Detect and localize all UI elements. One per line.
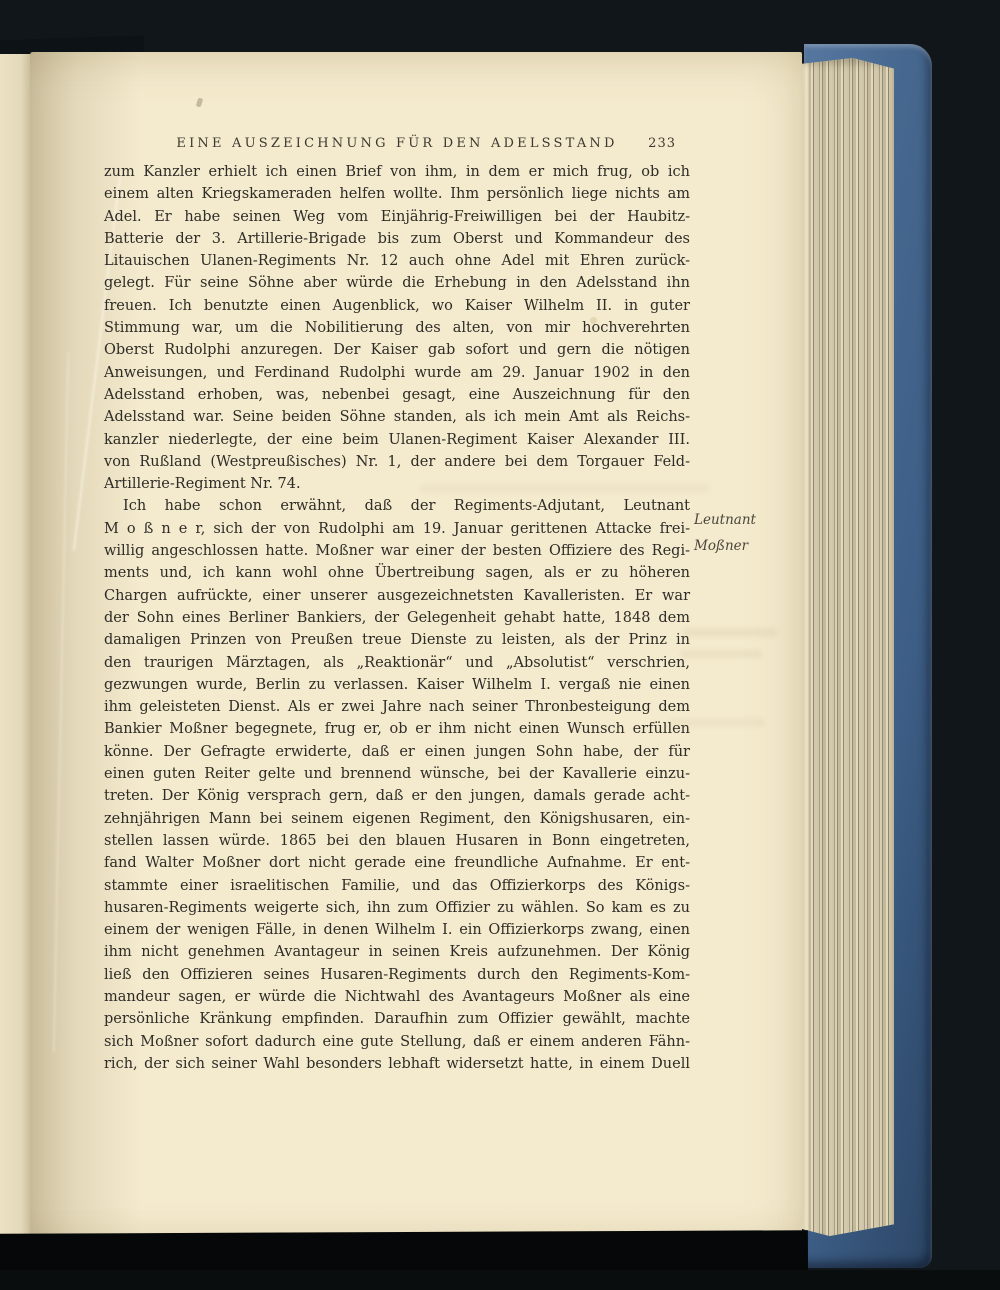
- text-line: damaligen Prinzen von Preußen treue Dien…: [104, 629, 690, 651]
- text-line: Adel. Er habe seinen Weg vom Einjährig-F…: [104, 206, 690, 228]
- body-text: zum Kanzler erhielt ich einen Brief von …: [104, 161, 690, 1075]
- text-line: Artillerie-Regiment Nr. 74.: [104, 473, 690, 495]
- text-line: zehnjährigen Mann bei seinem eigenen Reg…: [104, 808, 690, 830]
- margin-note: Leutnant Moßner: [694, 507, 794, 559]
- paper-crease: [53, 352, 70, 1052]
- chapter-title: EINE AUSZEICHNUNG FÜR DEN ADELSSTAND: [176, 136, 617, 151]
- text-line: kanzler niederlegte, der eine beim Ulane…: [104, 429, 690, 451]
- text-line: von Rußland (Westpreußisches) Nr. 1, der…: [104, 451, 690, 473]
- text-line: stammte einer israelitischen Familie, un…: [104, 875, 690, 897]
- text-line: Oberst Rudolphi anzuregen. Der Kaiser ga…: [104, 339, 690, 361]
- text-line: zum Kanzler erhielt ich einen Brief von …: [104, 161, 690, 183]
- page-number: 233: [648, 136, 676, 151]
- text-line: einem alten Kriegskameraden helfen wollt…: [104, 183, 690, 205]
- text-line: ments und, ich kann wohl ohne Übertreibu…: [104, 562, 690, 584]
- text-line: ihm geleisteten Dienst. Als er zwei Jahr…: [104, 696, 690, 718]
- text-line: ihm nicht genehmen Avantageur in seinen …: [104, 941, 690, 963]
- paper-speck: [196, 97, 204, 107]
- text-line: der Sohn eines Berliner Bankiers, der Ge…: [104, 607, 690, 629]
- text-line: sich Moßner sofort dadurch eine gute Ste…: [104, 1031, 690, 1053]
- text-line: husaren-Regiments weigerte sich, ihn zum…: [104, 897, 690, 919]
- text-line: ließ den Offizieren seines Husaren-Regim…: [104, 964, 690, 986]
- text-line: Litauischen Ulanen-Regiments Nr. 12 auch…: [104, 250, 690, 272]
- ink-showthrough-smudge: [682, 628, 777, 637]
- book-page: EINE AUSZEICHNUNG FÜR DEN ADELSSTAND 233…: [30, 52, 802, 1234]
- text-line: Chargen aufrückte, einer unserer ausgeze…: [104, 585, 690, 607]
- margin-note-line: Moßner: [694, 533, 794, 559]
- text-line: Ich habe schon erwähnt, daß der Regiment…: [104, 495, 690, 517]
- ink-showthrough-smudge: [680, 650, 762, 658]
- text-line: Adelsstand war. Seine beiden Söhne stand…: [104, 406, 690, 428]
- background-bottom: [0, 1270, 1000, 1290]
- margin-note-line: Leutnant: [694, 507, 794, 533]
- text-line: gezwungen wurde, Berlin zu verlassen. Ka…: [104, 674, 690, 696]
- text-line: M o ß n e r, sich der von Rudolphi am 19…: [104, 518, 690, 540]
- text-line: fand Walter Moßner dort nicht gerade ein…: [104, 852, 690, 874]
- text-line: freuen. Ich benutzte einen Augenblick, w…: [104, 295, 690, 317]
- text-line: gelegt. Für seine Söhne aber würde die E…: [104, 272, 690, 294]
- book-photo: EINE AUSZEICHNUNG FÜR DEN ADELSSTAND 233…: [0, 0, 1000, 1290]
- text-line: könne. Der Gefragte erwiderte, daß er ei…: [104, 741, 690, 763]
- text-line: den traurigen Märztagen, als „Reaktionär…: [104, 652, 690, 674]
- text-line: Adelsstand erhoben, was, nebenbei gesagt…: [104, 384, 690, 406]
- text-line: Stimmung war, um die Nobilitierung des a…: [104, 317, 690, 339]
- text-line: willig angeschlossen hatte. Moßner war e…: [104, 540, 690, 562]
- paper-speck: [590, 317, 597, 324]
- text-line: rich, der sich seiner Wahl besonders leb…: [104, 1053, 690, 1075]
- text-line: Anweisungen, und Ferdinand Rudolphi wurd…: [104, 362, 690, 384]
- text-line: stellen lassen würde. 1865 bei den blaue…: [104, 830, 690, 852]
- text-line: Bankier Moßner begegnete, frug er, ob er…: [104, 718, 690, 740]
- text-line: treten. Der König versprach gern, daß er…: [104, 785, 690, 807]
- text-line: persönliche Kränkung empfinden. Daraufhi…: [104, 1008, 690, 1030]
- page-edges-stack: [802, 58, 894, 1236]
- facing-page-edge: [0, 54, 30, 1234]
- running-header: EINE AUSZEICHNUNG FÜR DEN ADELSSTAND 233: [104, 136, 690, 156]
- text-line: Batterie der 3. Artillerie-Brigade bis z…: [104, 228, 690, 250]
- paper-speck: [276, 1204, 302, 1208]
- text-line: einem der wenigen Fälle, in denen Wilhel…: [104, 919, 690, 941]
- text-line: mandeur sagen, er würde die Nichtwahl de…: [104, 986, 690, 1008]
- text-line: einen guten Reiter gelte und brennend wü…: [104, 763, 690, 785]
